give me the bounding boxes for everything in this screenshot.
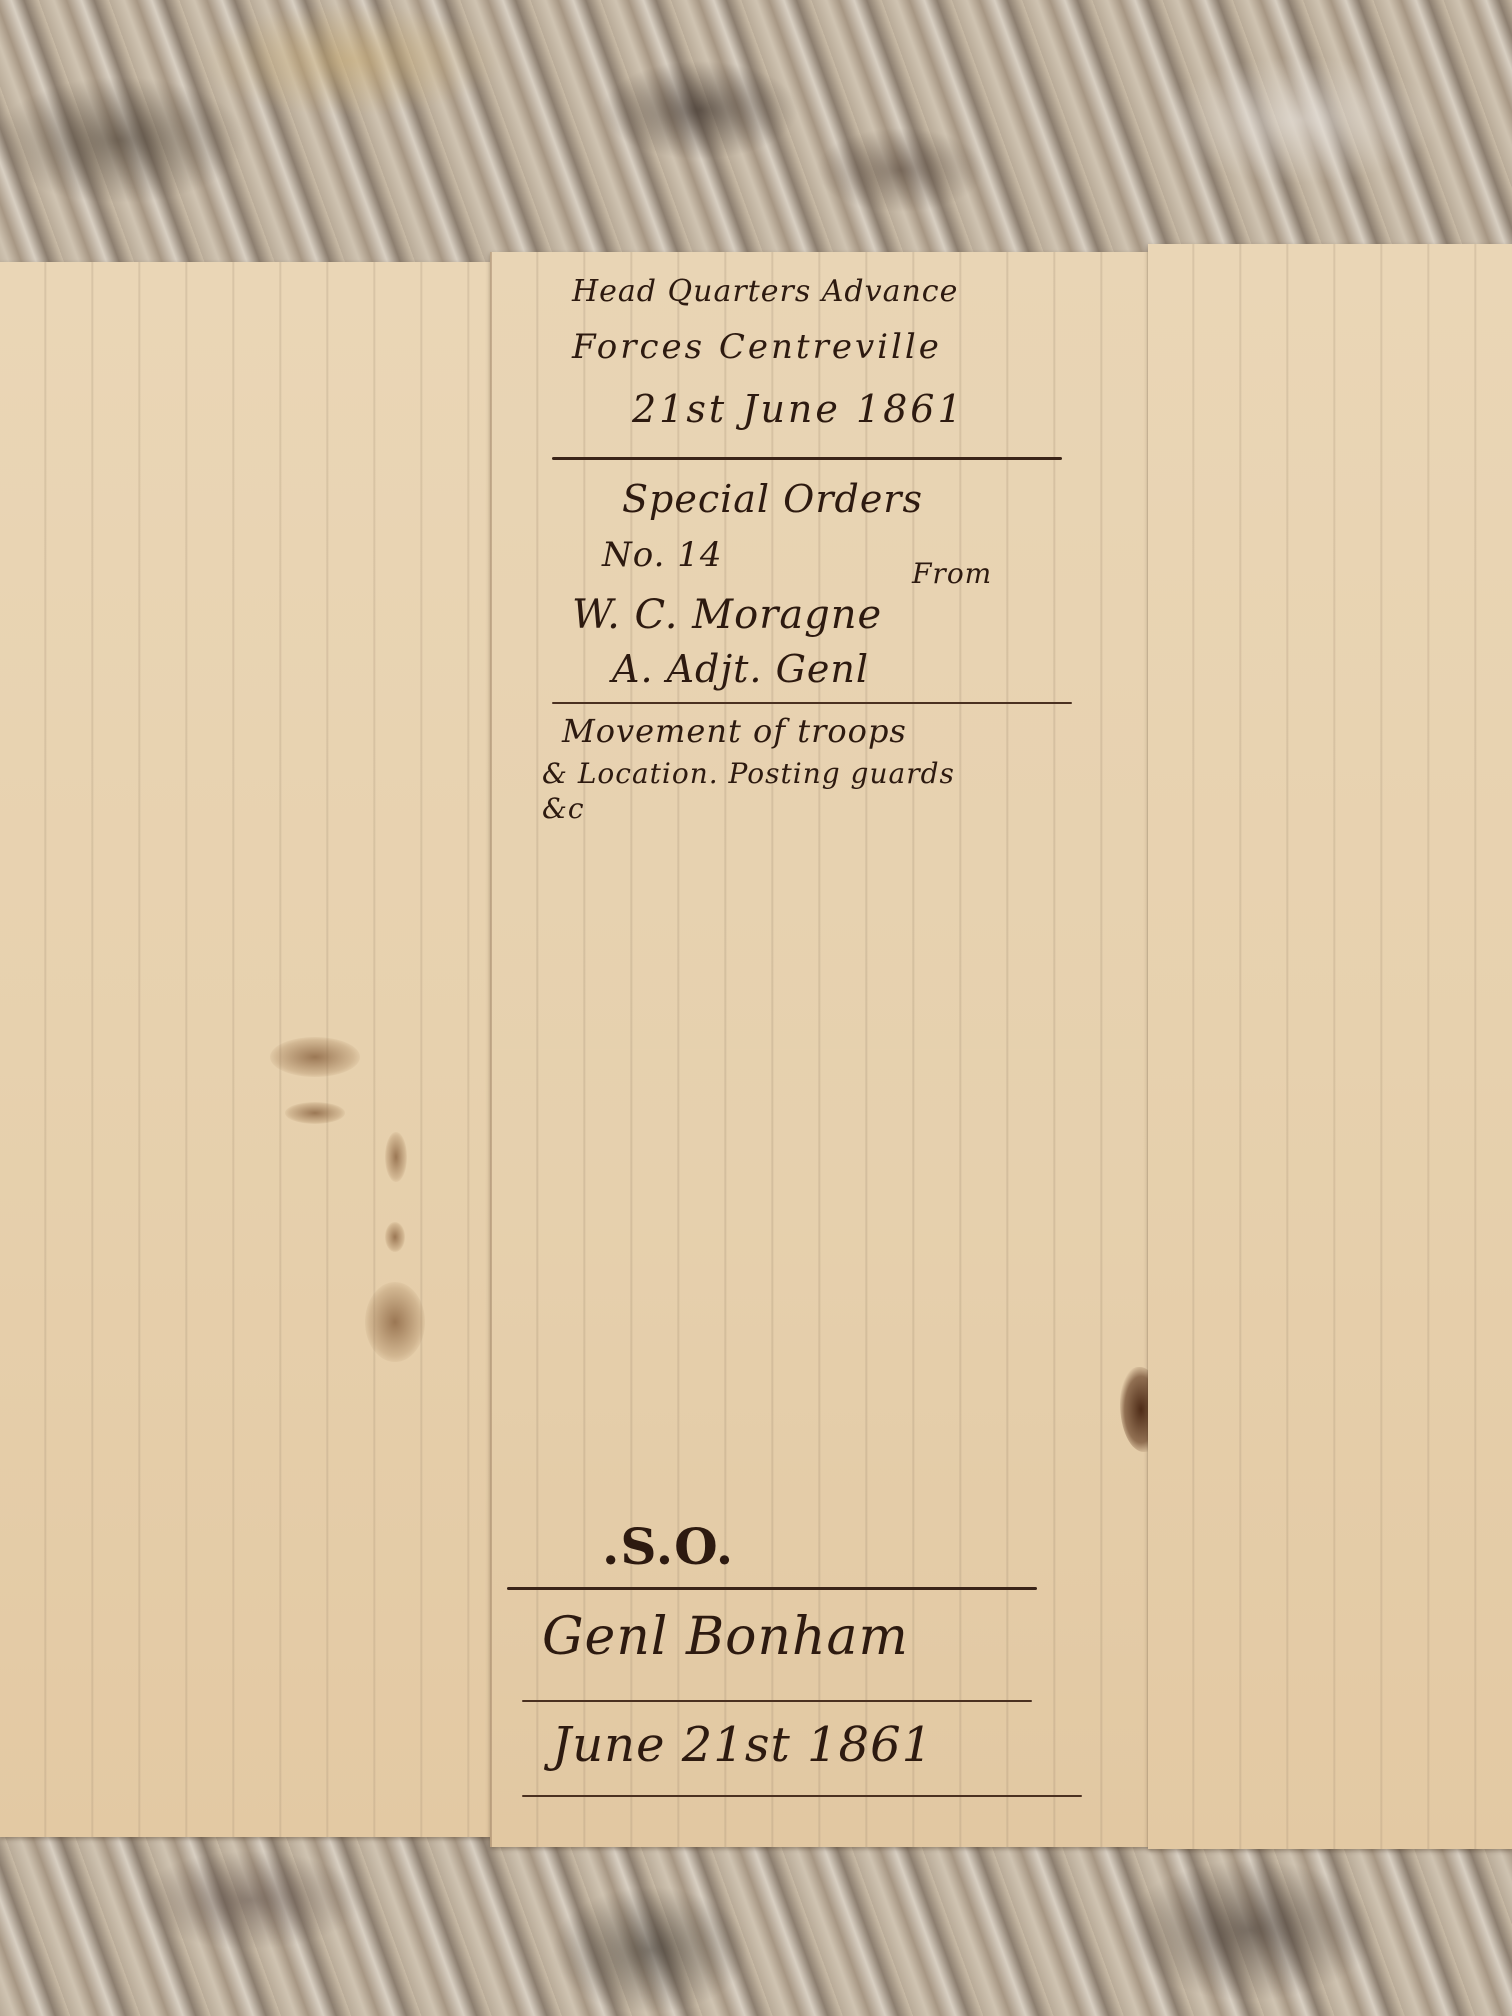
issuer-title: A. Adjt. Genl: [612, 647, 869, 691]
center-paper-panel: Head Quarters Advance Forces Centreville…: [490, 252, 1152, 1847]
subject-line-2: & Location. Posting guards: [542, 757, 955, 790]
stain-mark: [385, 1222, 405, 1252]
stain-mark: [285, 1102, 345, 1124]
divider-line: [507, 1587, 1037, 1590]
stain-mark: [270, 1037, 360, 1077]
divider-line: [522, 1795, 1082, 1797]
right-paper-panel: [1148, 244, 1512, 1849]
docket-recipient: Genl Bonham: [542, 1607, 909, 1667]
stain-mark: [385, 1132, 407, 1182]
header-line-2: Forces Centreville: [572, 327, 942, 367]
docket-abbreviation: .S.O.: [602, 1517, 734, 1576]
divider-line: [522, 1700, 1032, 1702]
subject-line-1: Movement of troops: [562, 712, 907, 750]
from-label: From: [912, 557, 992, 590]
left-paper-panel: [0, 262, 495, 1837]
stain-mark: [365, 1282, 425, 1362]
header-line-1: Head Quarters Advance: [572, 274, 958, 309]
order-number: No. 14: [602, 535, 723, 575]
issuer-name: W. C. Moragne: [572, 592, 882, 638]
subject-line-3: &c: [542, 792, 585, 825]
docket-date: June 21st 1861: [552, 1717, 933, 1773]
divider-line: [552, 702, 1072, 704]
order-title: Special Orders: [622, 477, 923, 521]
header-date: 21st June 1861: [632, 387, 965, 431]
divider-line: [552, 457, 1062, 460]
